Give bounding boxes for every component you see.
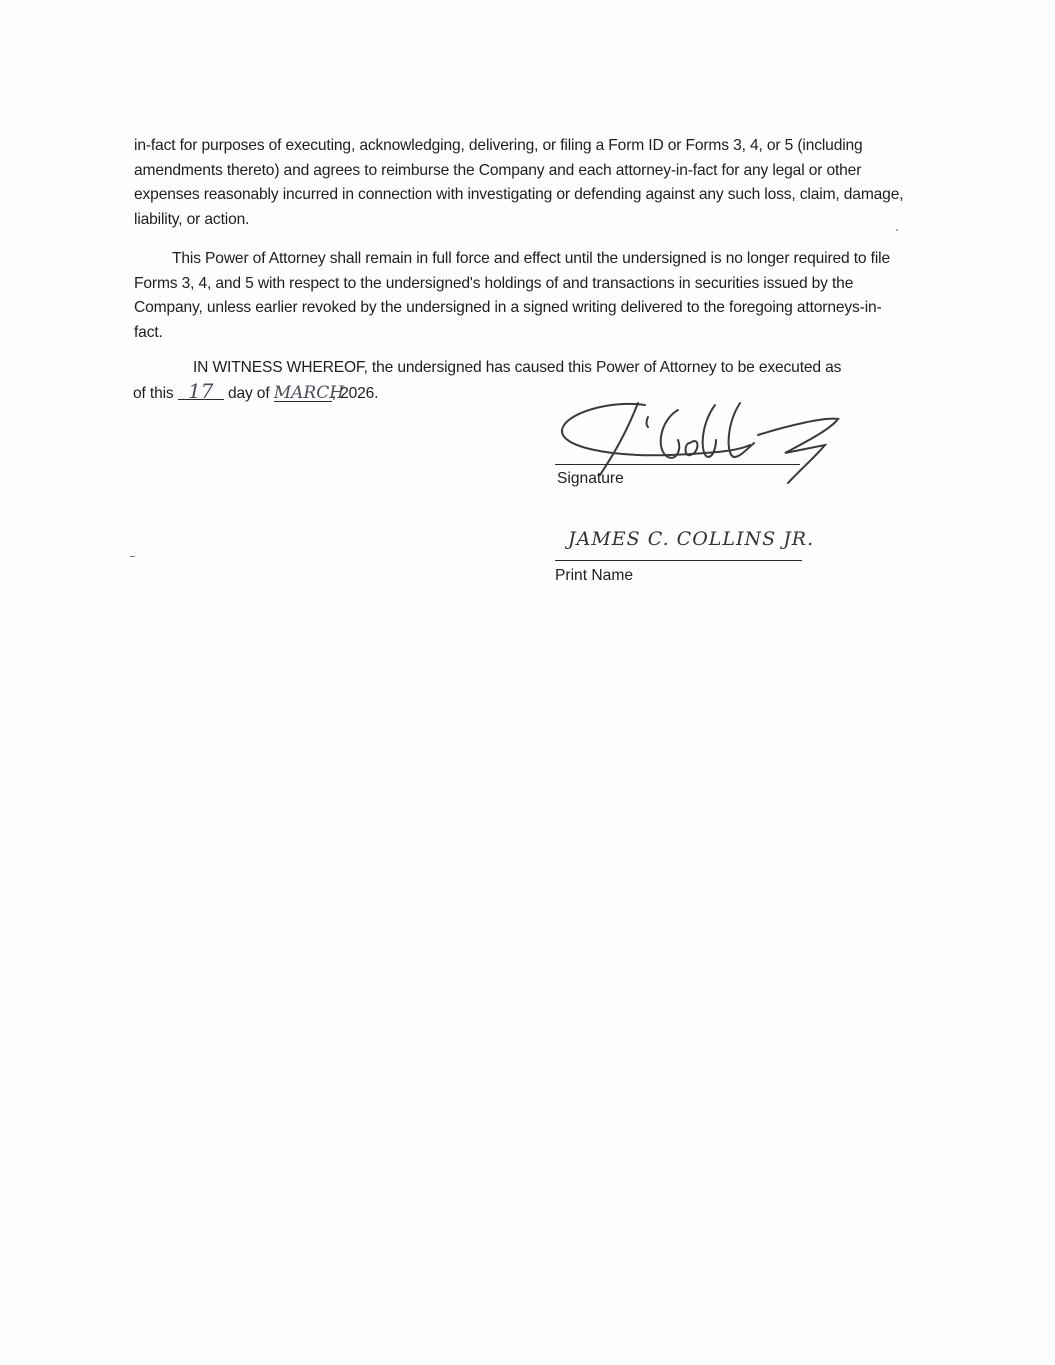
print-name-line [555, 560, 802, 561]
print-name-value[interactable]: JAMES C. COLLINS JR. [568, 528, 814, 550]
day-field[interactable]: 17 [178, 383, 224, 400]
month-field[interactable]: MARCH [274, 385, 332, 402]
date-middle: day of [228, 385, 270, 402]
paragraph-indemnification: in-fact for purposes of executing, ackno… [134, 134, 904, 232]
print-name-label: Print Name [555, 567, 633, 585]
signature-line [555, 464, 800, 465]
scan-mark [130, 556, 135, 557]
document-page: in-fact for purposes of executing, ackno… [0, 0, 1055, 1365]
witness-clause: IN WITNESS WHEREOF, the undersigned has … [193, 359, 841, 377]
date-suffix: , 2026. [332, 385, 379, 402]
execution-date-line: of this 17 day of MARCH, 2026. [133, 383, 378, 403]
signature-label: Signature [557, 470, 624, 488]
date-prefix: of this [133, 385, 174, 402]
scan-speck [896, 229, 898, 231]
paragraph-duration: This Power of Attorney shall remain in f… [134, 247, 904, 345]
